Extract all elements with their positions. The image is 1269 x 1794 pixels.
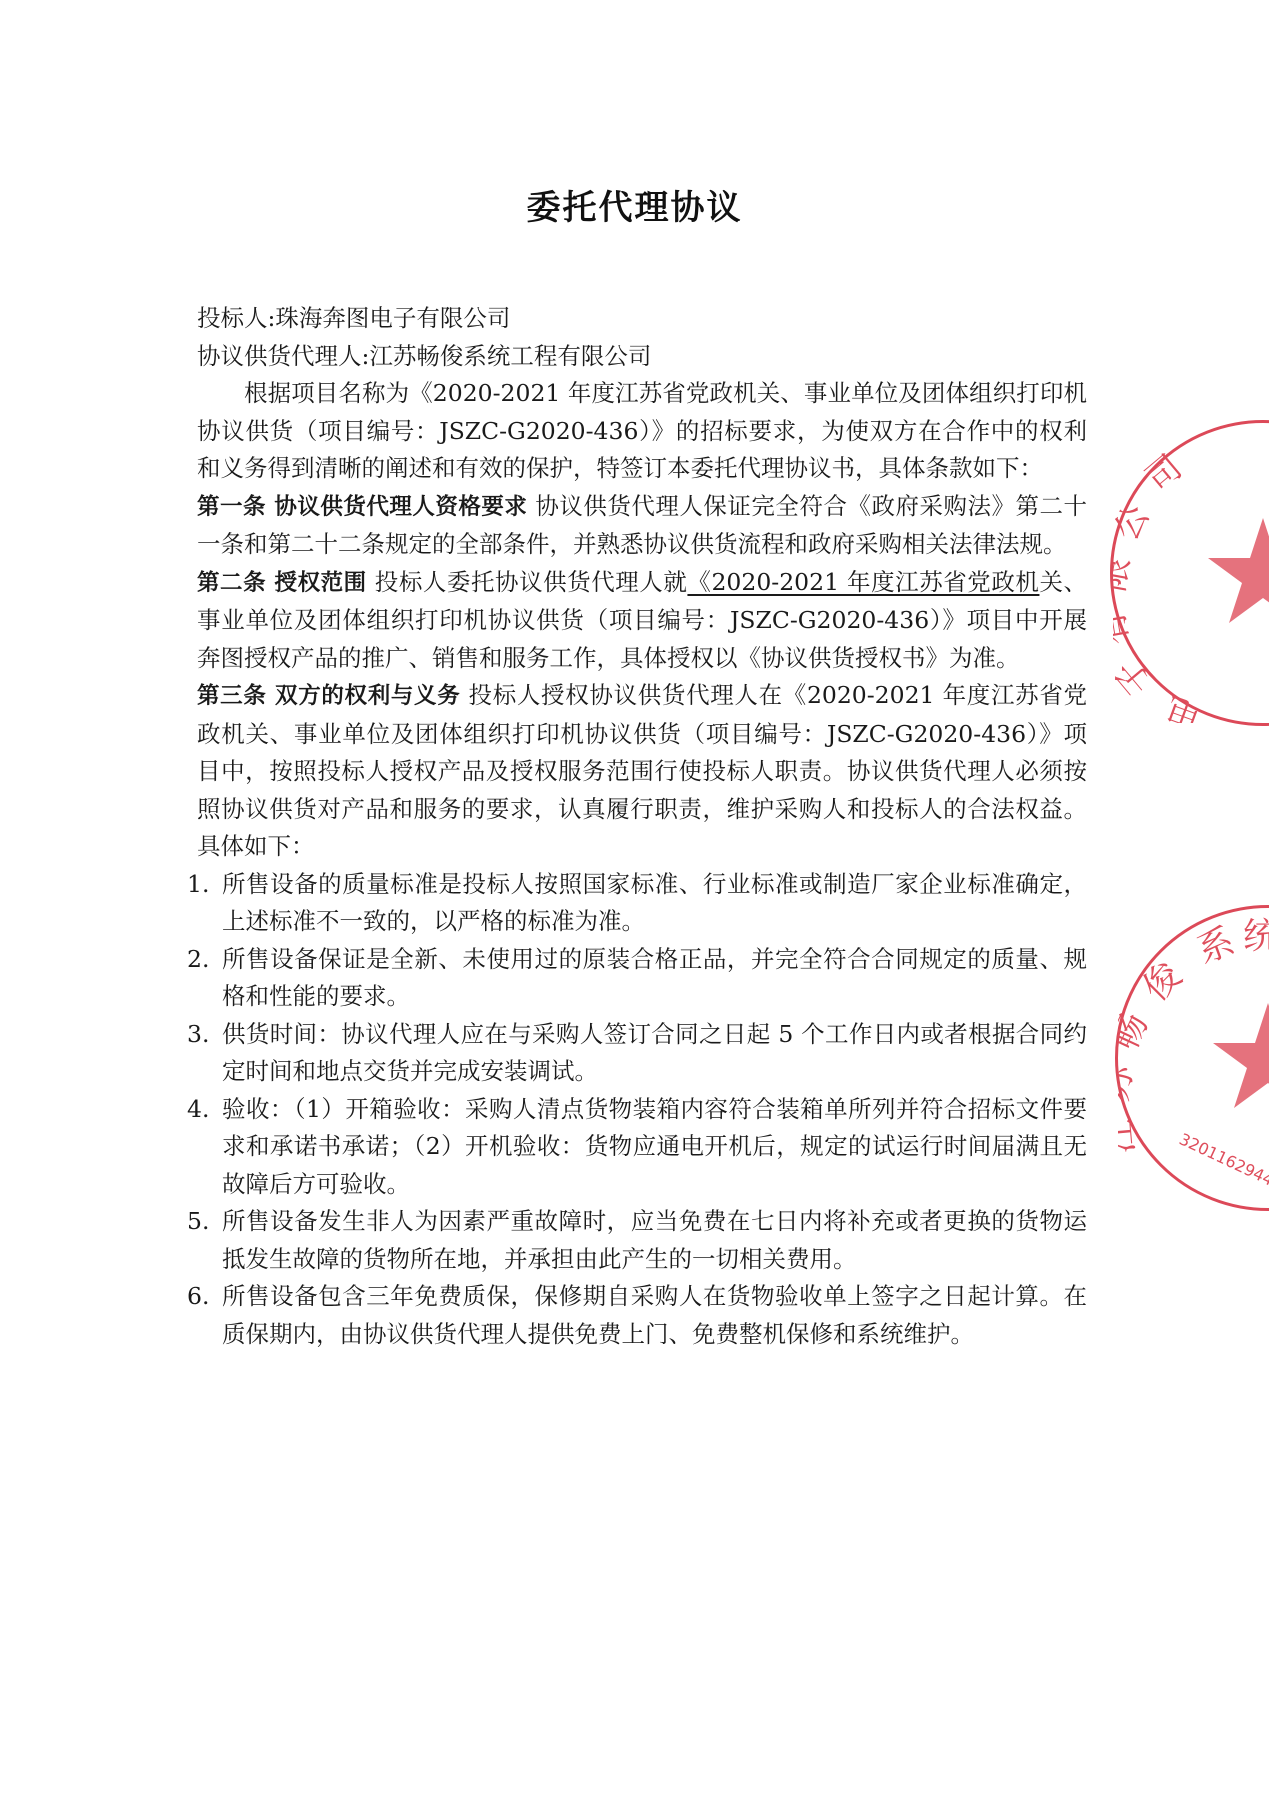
list-number: 3.	[187, 1016, 217, 1054]
list-item: 2. 所售设备保证是全新、未使用过的原装合格正品，并完全符合合同规定的质量、规格…	[187, 941, 1087, 1016]
list-text: 所售设备发生非人为因素严重故障时，应当免费在七日内将补充或者更换的货物运抵发生故…	[222, 1207, 1087, 1273]
seal-star-icon: 司 公 限 有 子 电	[1113, 423, 1269, 723]
article-3: 第三条 双方的权利与义务 投标人授权协议供货代理人在《2020-2021 年度江…	[197, 677, 1087, 866]
svg-text:公: 公	[1113, 498, 1158, 547]
list-item: 1. 所售设备的质量标准是投标人按照国家标准、行业标准或制造厂家企业标准确定，上…	[187, 866, 1087, 941]
svg-text:江: 江	[1118, 1116, 1142, 1155]
article-2-heading: 第二条 授权范围	[197, 570, 367, 596]
list-number: 2.	[187, 941, 217, 979]
svg-text:司: 司	[1138, 447, 1190, 499]
list-item: 6. 所售设备包含三年免费质保，保修期自采购人在货物验收单上签字之日起计算。在质…	[187, 1278, 1087, 1353]
list-item: 5. 所售设备发生非人为因素严重故障时，应当免费在七日内将补充或者更换的货物运抵…	[187, 1203, 1087, 1278]
article-2-text-before: 投标人委托协议供货代理人就	[375, 568, 688, 596]
document-body: 投标人:珠海奔图电子有限公司 协议供货代理人:江苏畅俊系统工程有限公司 根据项目…	[197, 300, 1087, 1353]
svg-text:苏: 苏	[1118, 1061, 1141, 1105]
list-number: 6.	[187, 1278, 217, 1316]
svg-text:有: 有	[1113, 608, 1137, 648]
seal-star-icon: 系 统 俊 畅 苏 江 32011629447	[1118, 908, 1269, 1208]
svg-text:子: 子	[1113, 651, 1160, 703]
seal-code: 32011629447	[1176, 1129, 1269, 1194]
list-text: 供货时间：协议代理人应在与采购人签订合同之日起 5 个工作日内或者根据合同约定时…	[222, 1020, 1087, 1086]
list-item: 3. 供货时间：协议代理人应在与采购人签订合同之日起 5 个工作日内或者根据合同…	[187, 1016, 1087, 1091]
list-number: 4.	[187, 1091, 217, 1129]
list-text: 所售设备保证是全新、未使用过的原装合格正品，并完全符合合同规定的质量、规格和性能…	[222, 945, 1087, 1011]
svg-text:限: 限	[1113, 554, 1138, 594]
bidder-line: 投标人:珠海奔图电子有限公司	[197, 300, 1087, 338]
svg-text:系: 系	[1192, 921, 1240, 972]
svg-text:俊: 俊	[1135, 955, 1189, 1009]
list-text: 验收：（1）开箱验收：采购人清点货物装箱内容符合装箱单所列并符合招标文件要求和承…	[222, 1095, 1087, 1198]
article-1: 第一条 协议供货代理人资格要求 协议供货代理人保证完全符合《政府采购法》第二十一…	[197, 488, 1087, 564]
agent-line: 协议供货代理人:江苏畅俊系统工程有限公司	[197, 338, 1087, 376]
article-1-heading: 第一条 协议供货代理人资格要求	[197, 494, 527, 520]
article-2: 第二条 授权范围 投标人委托协议供货代理人就《2020-2021 年度江苏省党政…	[197, 564, 1087, 678]
svg-text:畅: 畅	[1118, 1007, 1156, 1057]
agent-company-seal: 系 统 俊 畅 苏 江 32011629447	[1115, 905, 1269, 1211]
list-item: 4. 验收：（1）开箱验收：采购人清点货物装箱内容符合装箱单所列并符合招标文件要…	[187, 1091, 1087, 1204]
list-number: 5.	[187, 1203, 217, 1241]
intro-paragraph: 根据项目名称为《2020-2021 年度江苏省党政机关、事业单位及团体组织打印机…	[197, 375, 1087, 488]
list-text: 所售设备的质量标准是投标人按照国家标准、行业标准或制造厂家企业标准确定，上述标准…	[222, 870, 1087, 936]
document-title: 委托代理协议	[0, 180, 1269, 229]
list-number: 1.	[187, 866, 217, 904]
document-page: 委托代理协议 投标人:珠海奔图电子有限公司 协议供货代理人:江苏畅俊系统工程有限…	[0, 0, 1269, 1794]
svg-text:统: 统	[1243, 916, 1269, 957]
article-3-heading: 第三条 双方的权利与义务	[197, 683, 460, 709]
svg-text:电: 电	[1160, 688, 1206, 723]
article-2-underlined-text: 《2020-2021 年度江苏省党政机	[687, 568, 1039, 596]
bidder-company-seal: 司 公 限 有 子 电	[1110, 420, 1269, 726]
list-text: 所售设备包含三年免费质保，保修期自采购人在货物验收单上签字之日起计算。在质保期内…	[222, 1282, 1087, 1348]
obligations-list: 1. 所售设备的质量标准是投标人按照国家标准、行业标准或制造厂家企业标准确定，上…	[197, 866, 1087, 1354]
